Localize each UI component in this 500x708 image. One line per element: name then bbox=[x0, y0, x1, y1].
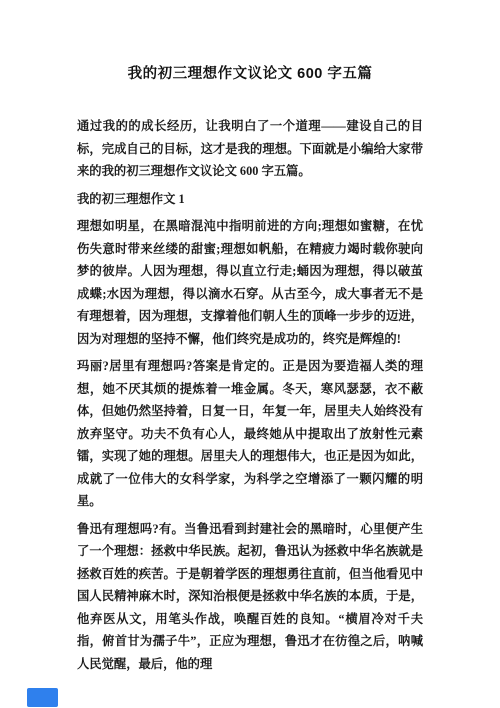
paragraph: 玛丽?居里有理想吗?答案是肯定的。正是因为要造福人类的理想，她不厌其烦的提炼着一… bbox=[77, 355, 423, 513]
section-heading: 我的初三理想作文 1 bbox=[77, 188, 423, 211]
document-page: 我的初三理想作文议论文 600 字五篇 通过我的的成长经历，让我明白了一个道理—… bbox=[0, 0, 500, 708]
blue-corner-badge[interactable] bbox=[27, 688, 58, 707]
page-title: 我的初三理想作文议论文 600 字五篇 bbox=[0, 0, 500, 84]
document-body: 通过我的的成长经历，让我明白了一个道理——建设自己的目标，完成自己的目标，这才是… bbox=[77, 115, 423, 675]
paragraph: 通过我的的成长经历，让我明白了一个道理——建设自己的目标，完成自己的目标，这才是… bbox=[77, 115, 423, 183]
paragraph: 鲁迅有理想吗?有。当鲁迅看到封建社会的黑暗时，心里便产生了一个理想：拯救中华民族… bbox=[77, 518, 423, 676]
paragraph: 理想如明星，在黑暗混沌中指明前进的方向;理想如蜜糖，在忧伤失意时带来丝缕的甜蜜;… bbox=[77, 215, 423, 350]
